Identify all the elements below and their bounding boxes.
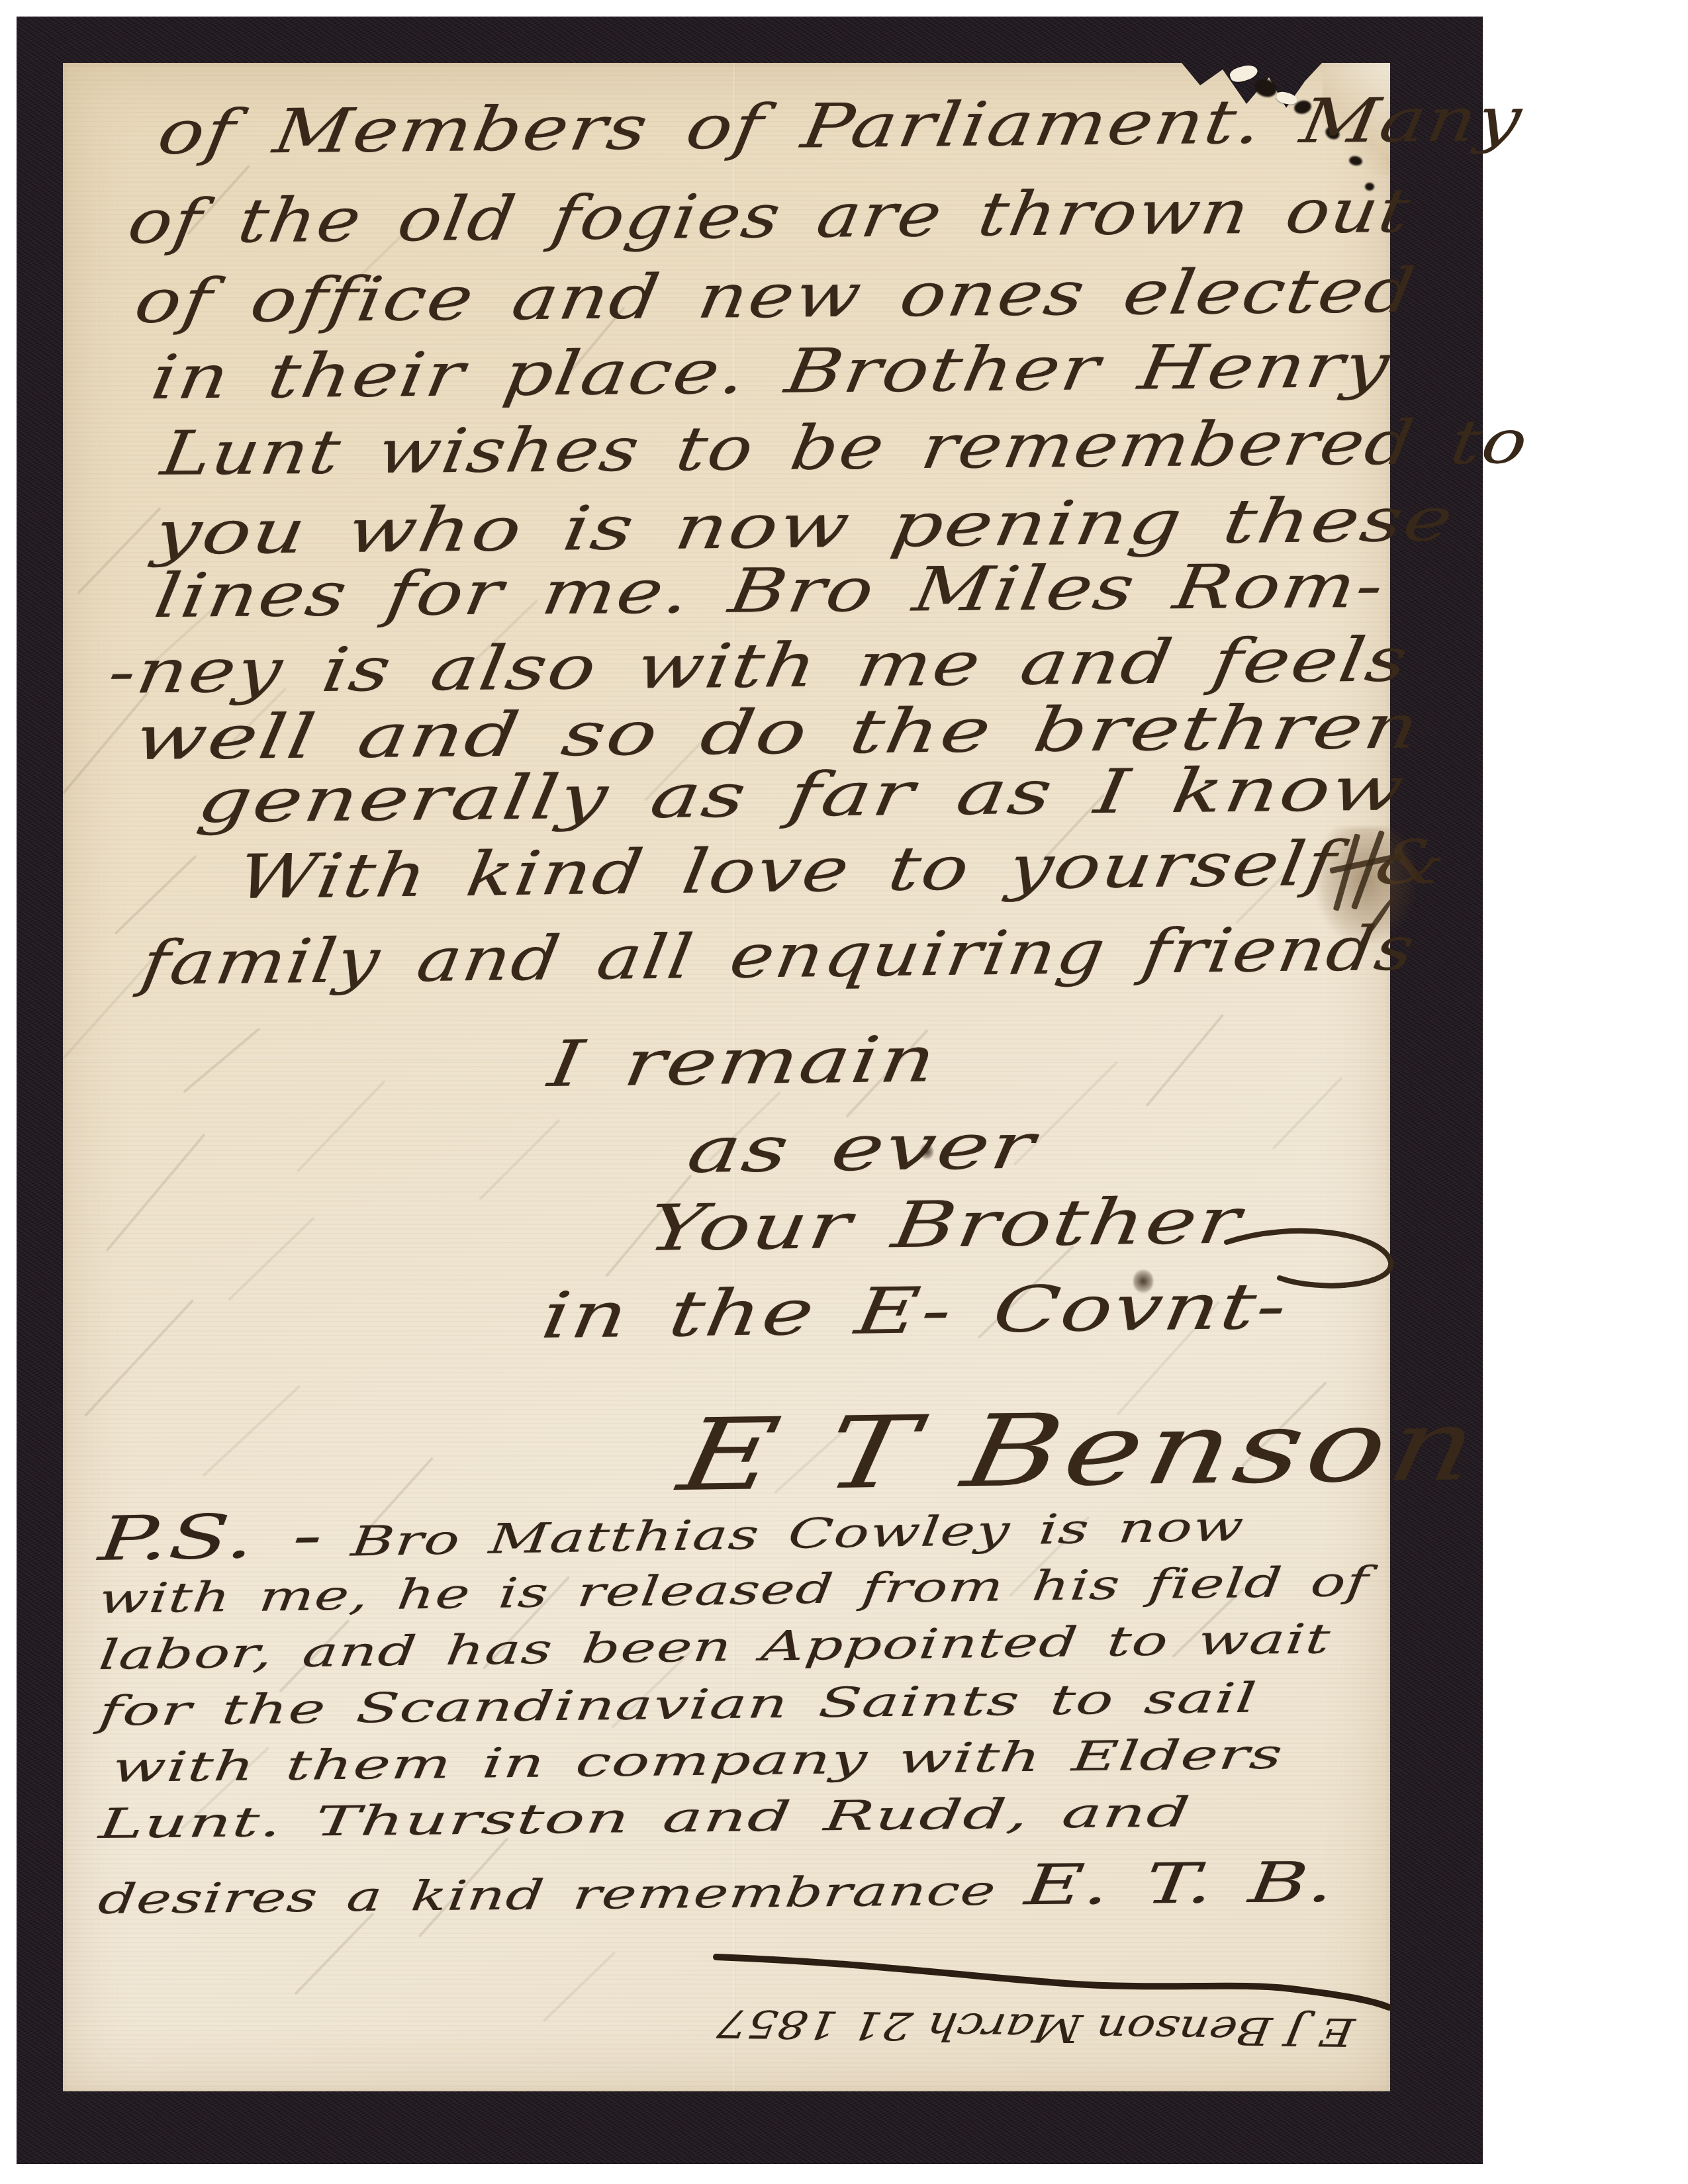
postscript-line: for the Scandinavian Saints to sail xyxy=(97,1678,1258,1732)
handwriting-line: -ney is also with me and feels xyxy=(105,629,1413,703)
handwriting-line: of office and new ones elected xyxy=(130,261,1420,332)
handwriting-line: generally as far as I know xyxy=(194,758,1409,832)
handwriting-line: With kind love to yourself & xyxy=(234,832,1451,908)
handwriting-line: in their place. Brother Henry xyxy=(148,336,1395,408)
postscript-initials: E. T. B. xyxy=(1022,1850,1339,1918)
ink-blot xyxy=(1133,1269,1153,1293)
postscript-text: desires a kind remembrance xyxy=(96,1866,1000,1923)
closing-line: in the E- Covnt- xyxy=(538,1274,1293,1347)
closing-line: Your Brother xyxy=(644,1189,1246,1260)
ink-blot xyxy=(920,1144,933,1160)
postscript-line: Lunt. Thurston and Rudd, and xyxy=(97,1792,1193,1844)
closing-line: I remain xyxy=(545,1027,941,1096)
closing-line: as ever xyxy=(684,1114,1040,1182)
handwriting-line: lines for me. Bro Miles Rom- xyxy=(150,556,1389,627)
docket-note-upside-down: E J Benson March 21 1857 xyxy=(625,2003,1446,2052)
postscript-label: P.S. - xyxy=(95,1500,327,1574)
signature: E T Benson xyxy=(673,1396,1489,1506)
ink-smudge xyxy=(1316,827,1415,943)
scanned-letter-page: of Members of Parliament. Many of the ol… xyxy=(0,0,1688,2184)
handwriting-line: of the old fogies are thrown out xyxy=(124,181,1415,253)
postscript-line: with them in company with Elders xyxy=(110,1734,1285,1788)
pen-flourish xyxy=(1221,1214,1400,1307)
handwriting-line: Lunt wishes to be remembered to xyxy=(157,412,1533,484)
handwriting-line: family and all enquiring friends xyxy=(138,919,1420,994)
postscript-line: desires a kind remembrance E. T. B. xyxy=(96,1854,1338,1922)
handwriting-line: of Members of Parliament. Many xyxy=(154,89,1527,163)
